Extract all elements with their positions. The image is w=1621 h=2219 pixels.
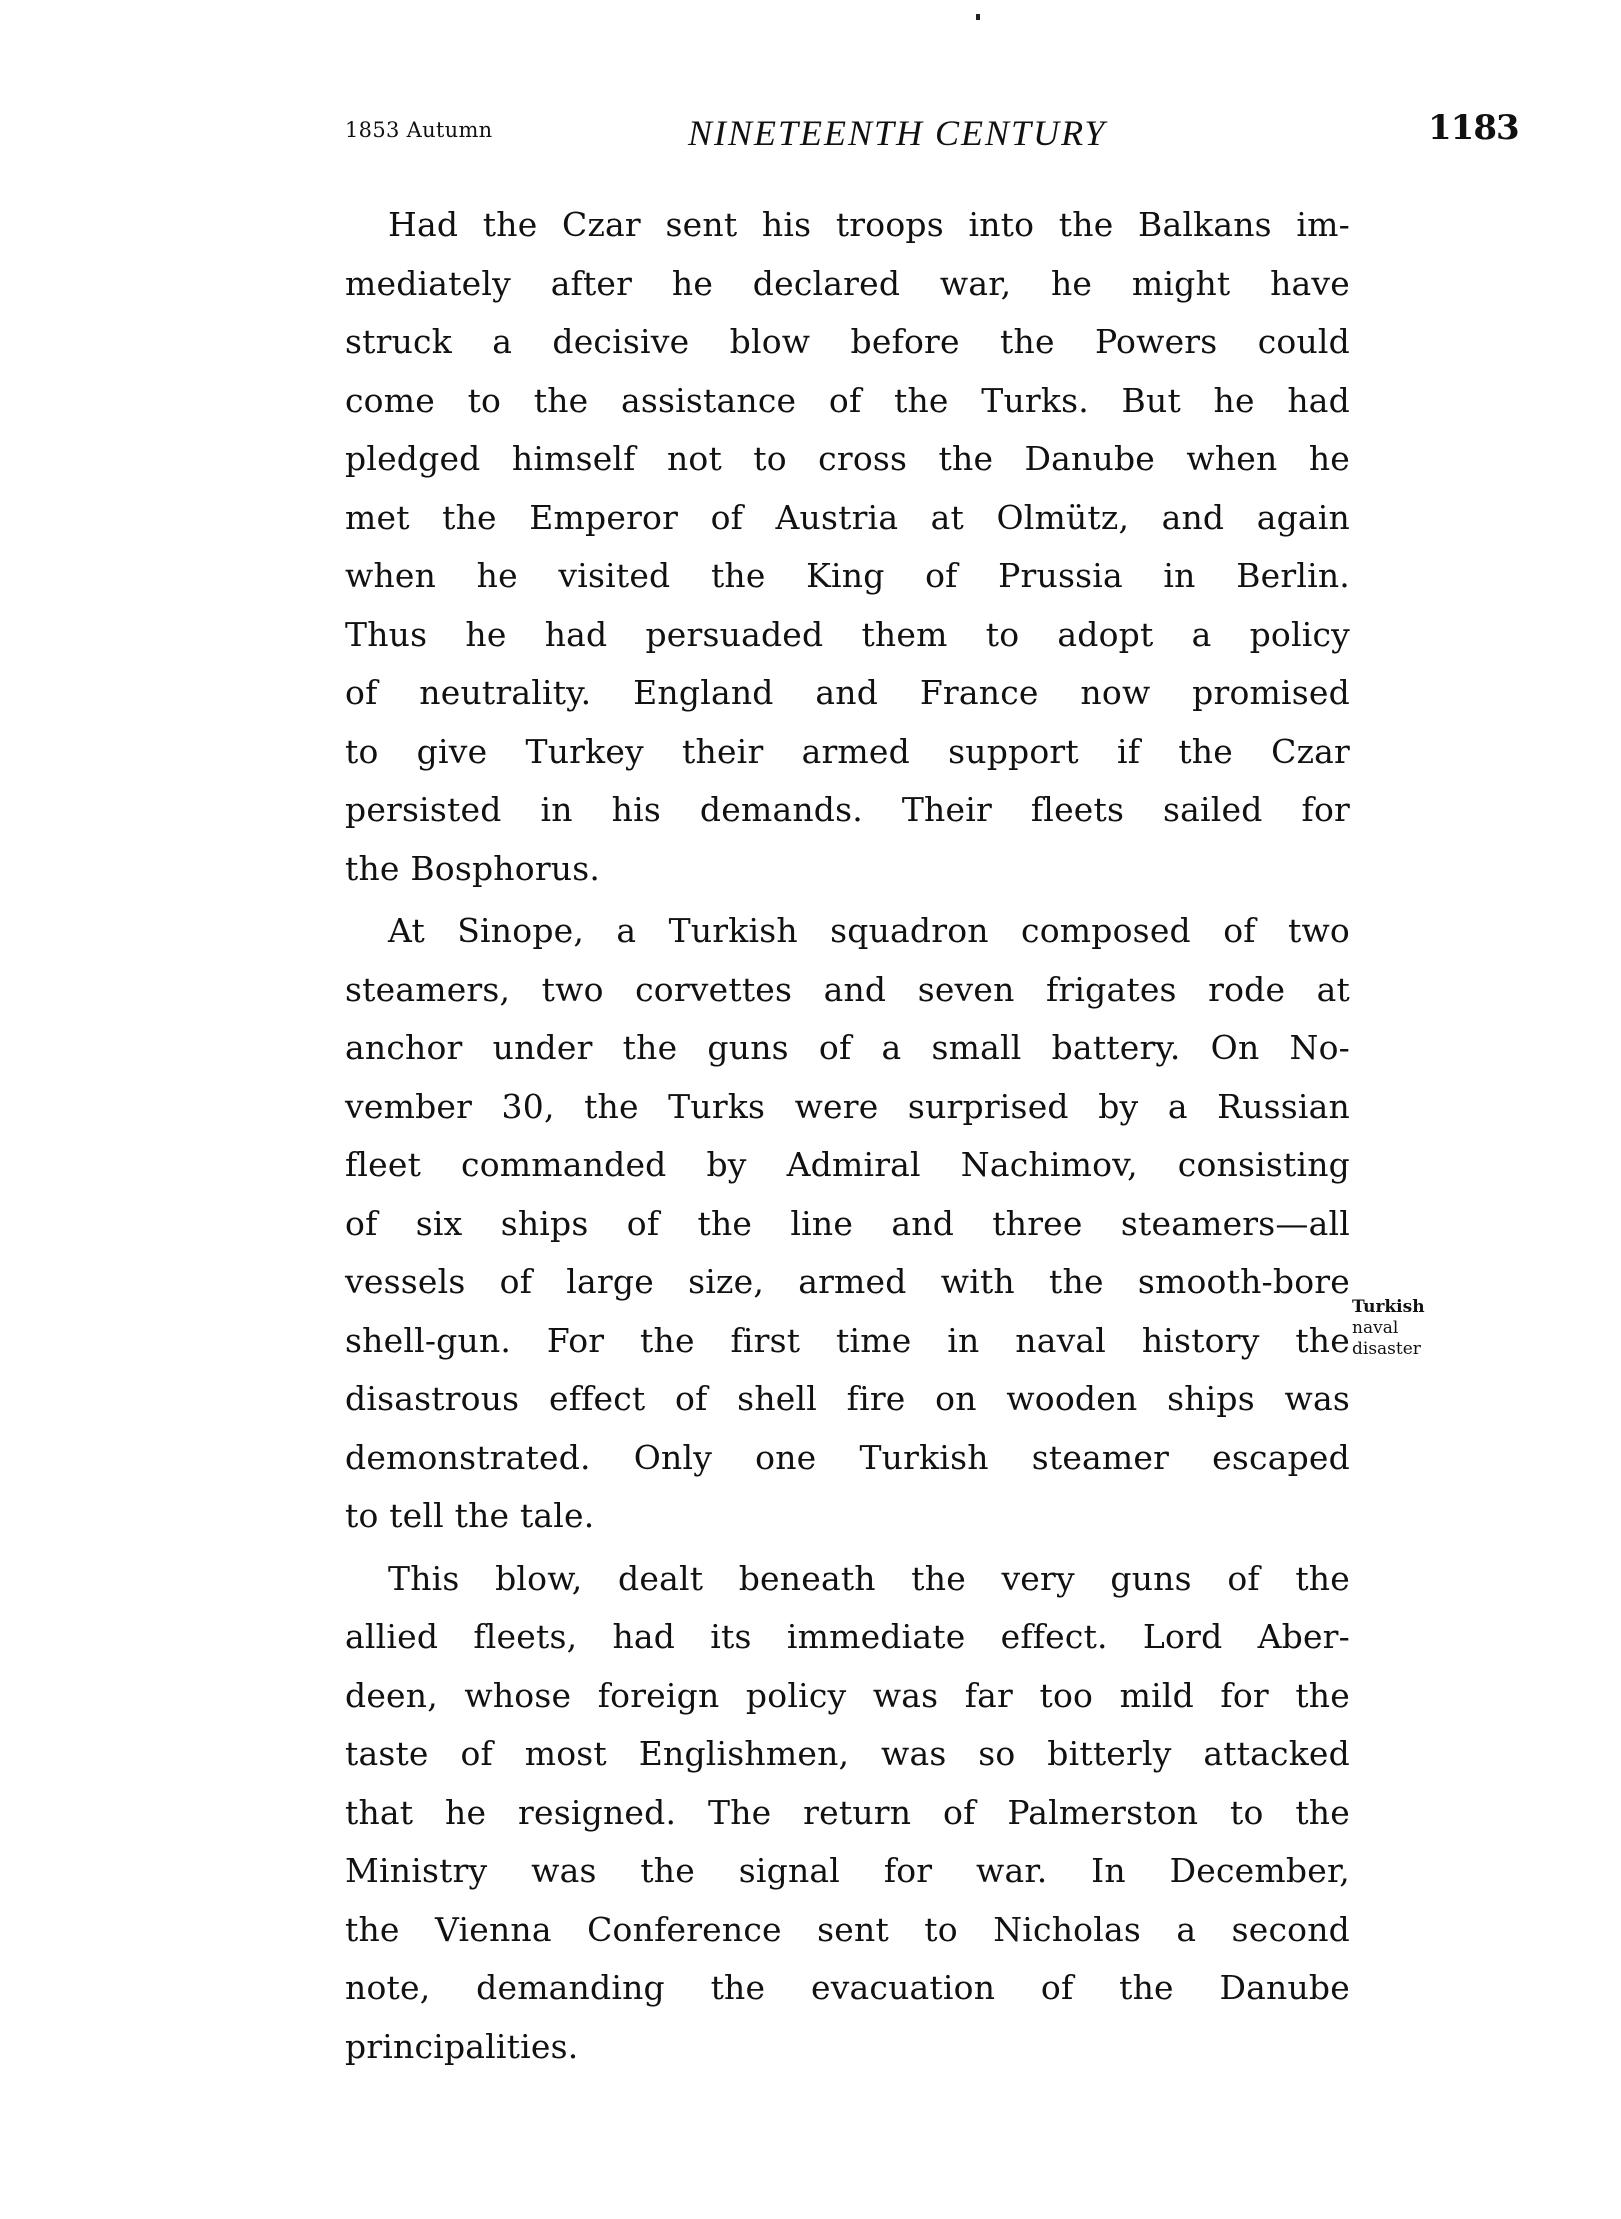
margin-note: Turkish naval disaster	[1352, 1297, 1492, 1360]
margin-note-line: Turkish	[1352, 1297, 1492, 1318]
running-head-title: NINETEENTH CENTURY	[688, 112, 1106, 154]
text-line: met the Emperor of Austria at Olmütz, an…	[345, 489, 1350, 548]
text-line: disastrous effect of shell fire on woode…	[345, 1370, 1350, 1429]
text-line: that he resigned. The return of Palmerst…	[345, 1784, 1350, 1843]
paragraph-2: At Sinope, a Turkish squadron composed o…	[345, 902, 1350, 1546]
text-line: allied fleets, had its immediate effect.…	[345, 1608, 1350, 1667]
paragraph-1: Had the Czar sent his troops into the Ba…	[345, 196, 1350, 898]
text-line: of six ships of the line and three steam…	[345, 1195, 1350, 1254]
text-line: principalities.	[345, 2018, 1350, 2077]
text-line: demonstrated. Only one Turkish steamer e…	[345, 1429, 1350, 1488]
text-line: vessels of large size, armed with the sm…	[345, 1253, 1350, 1312]
running-head-date: 1853 Autumn	[345, 118, 493, 142]
text-line: Had the Czar sent his troops into the Ba…	[345, 196, 1350, 255]
margin-note-line: naval	[1352, 1318, 1492, 1339]
body-text: Had the Czar sent his troops into the Ba…	[345, 196, 1350, 2076]
running-head: 1853 Autumn NINETEENTH CENTURY 1183	[0, 100, 1621, 160]
book-page: 1853 Autumn NINETEENTH CENTURY 1183 Had …	[0, 0, 1621, 2219]
text-line: mediately after he declared war, he migh…	[345, 255, 1350, 314]
text-line: struck a decisive blow before the Powers…	[345, 313, 1350, 372]
text-line: to tell the tale.	[345, 1487, 1350, 1546]
text-line: come to the assistance of the Turks. But…	[345, 372, 1350, 431]
text-line: Thus he had persuaded them to adopt a po…	[345, 606, 1350, 665]
text-line: vember 30, the Turks were surprised by a…	[345, 1078, 1350, 1137]
text-line: shell-gun. For the first time in naval h…	[345, 1312, 1350, 1371]
text-line: to give Turkey their armed support if th…	[345, 723, 1350, 782]
text-line: steamers, two corvettes and seven frigat…	[345, 961, 1350, 1020]
text-line: At Sinope, a Turkish squadron composed o…	[345, 902, 1350, 961]
text-line: note, demanding the evacuation of the Da…	[345, 1959, 1350, 2018]
text-line: Ministry was the signal for war. In Dece…	[345, 1842, 1350, 1901]
scan-speck	[976, 14, 980, 20]
page-number: 1183	[1428, 108, 1519, 148]
margin-note-line: disaster	[1352, 1339, 1492, 1360]
text-line: when he visited the King of Prussia in B…	[345, 547, 1350, 606]
text-line: persisted in his demands. Their fleets s…	[345, 781, 1350, 840]
text-line: the Vienna Conference sent to Nicholas a…	[345, 1901, 1350, 1960]
text-line: pledged himself not to cross the Danube …	[345, 430, 1350, 489]
text-line: deen, whose foreign policy was far too m…	[345, 1667, 1350, 1726]
paragraph-3: This blow, dealt beneath the very guns o…	[345, 1550, 1350, 2077]
text-line: taste of most Englishmen, was so bitterl…	[345, 1725, 1350, 1784]
text-line: fleet commanded by Admiral Nachimov, con…	[345, 1136, 1350, 1195]
text-line: the Bosphorus.	[345, 840, 1350, 899]
text-line: This blow, dealt beneath the very guns o…	[345, 1550, 1350, 1609]
text-line: of neutrality. England and France now pr…	[345, 664, 1350, 723]
text-line: anchor under the guns of a small battery…	[345, 1019, 1350, 1078]
